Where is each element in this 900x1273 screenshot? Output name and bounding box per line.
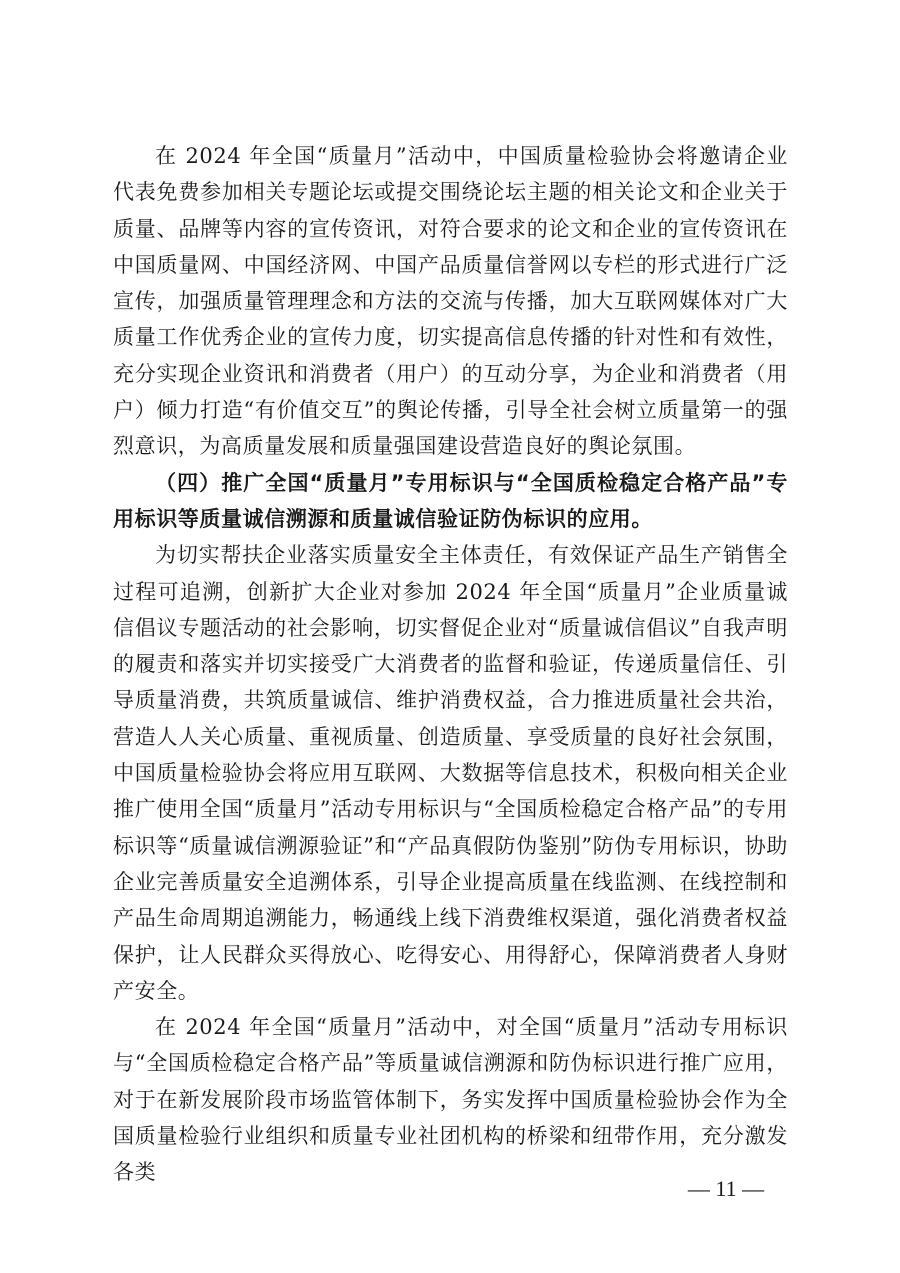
section-heading-four: （四）推广全国“质量月”专用标识与“全国质检稳定合格产品”专用标识等质量诚信溯源… bbox=[113, 465, 788, 538]
document-page: 在 2024 年全国“质量月”活动中，中国质量检验协会将邀请企业代表免费参加相关… bbox=[0, 0, 900, 1273]
paragraph-promotion: 在 2024 年全国“质量月”活动中，对全国“质量月”活动专用标识与“全国质检稳… bbox=[113, 1009, 788, 1190]
page-number: — 11 — bbox=[676, 1176, 776, 1202]
document-body: 在 2024 年全国“质量月”活动中，中国质量检验协会将邀请企业代表免费参加相关… bbox=[113, 138, 788, 1191]
paragraph-publicity: 在 2024 年全国“质量月”活动中，中国质量检验协会将邀请企业代表免费参加相关… bbox=[113, 138, 788, 465]
paragraph-traceability: 为切实帮扶企业落实质量安全主体责任，有效保证产品生产销售全过程可追溯，创新扩大企… bbox=[113, 537, 788, 1009]
